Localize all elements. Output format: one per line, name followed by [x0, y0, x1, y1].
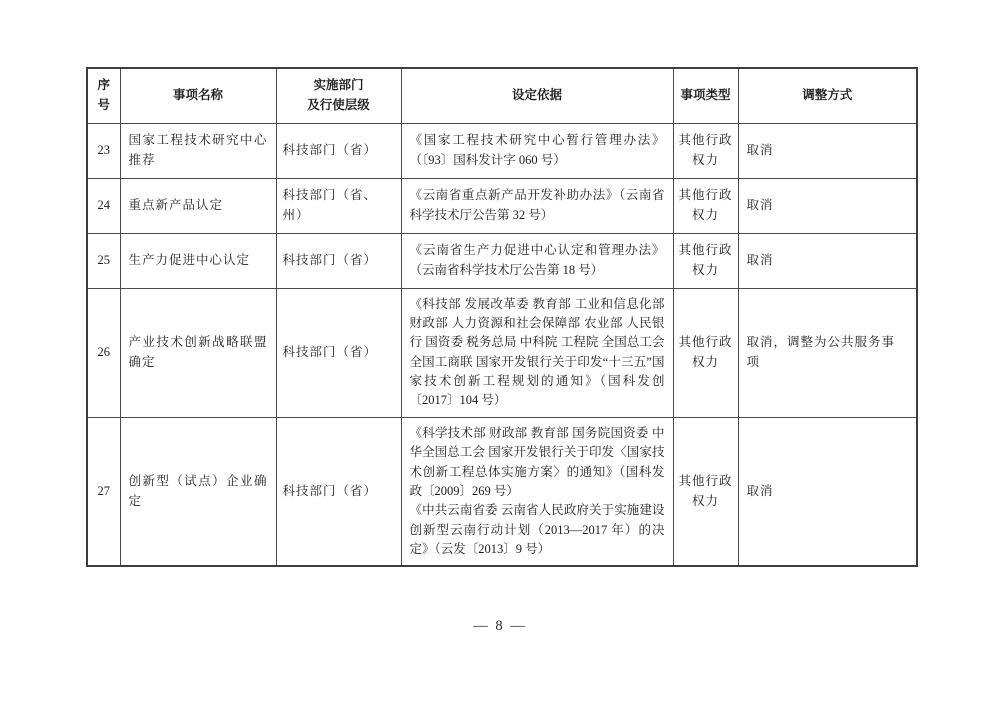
basis-cell: 《科学技术部 财政部 教育部 国务院国资委 中华全国总工会 国家开发银行关于印发…: [401, 417, 673, 566]
table-row: 26 产业技术创新战略联盟确定 科技部门（省） 《科技部 发展改革委 教育部 工…: [87, 288, 917, 417]
item-type-cell: 其他行政权力: [673, 233, 738, 288]
basis-cell: 《云南省重点新产品开发补助办法》（云南省科学技术厅公告第 32 号）: [401, 178, 673, 233]
basis-text: 《中共云南省委 云南省人民政府关于实施建设创新型云南行动计划（2013—2017…: [410, 501, 665, 559]
row-number-cell: 24: [87, 178, 120, 233]
adjust-method-cell: 取消: [738, 233, 917, 288]
basis-text: 《科技部 发展改革委 教育部 工业和信息化部 财政部 人力资源和社会保障部 农业…: [410, 295, 665, 411]
item-name-cell: 产业技术创新战略联盟确定: [120, 288, 276, 417]
item-type-cell: 其他行政权力: [673, 123, 738, 178]
department-cell: 科技部门（省）: [276, 233, 401, 288]
adjust-method-cell: 取消: [738, 178, 917, 233]
basis-text: 《科学技术部 财政部 教育部 国务院国资委 中华全国总工会 国家开发银行关于印发…: [410, 424, 665, 502]
department-cell: 科技部门（省）: [276, 417, 401, 566]
adjust-method-cell: 取消: [738, 123, 917, 178]
header-adjust-method: 调整方式: [738, 68, 917, 123]
item-type-cell: 其他行政权力: [673, 288, 738, 417]
basis-text: 《国家工程技术研究中心暂行管理办法》（〔93〕国科发计字 060 号）: [410, 131, 665, 170]
header-basis: 设定依据: [401, 68, 673, 123]
basis-cell: 《科技部 发展改革委 教育部 工业和信息化部 财政部 人力资源和社会保障部 农业…: [401, 288, 673, 417]
table-row: 23 国家工程技术研究中心推荐 科技部门（省） 《国家工程技术研究中心暂行管理办…: [87, 123, 917, 178]
table-row: 25 生产力促进中心认定 科技部门（省） 《云南省生产力促进中心认定和管理办法》…: [87, 233, 917, 288]
item-name-cell: 国家工程技术研究中心推荐: [120, 123, 276, 178]
item-name-cell: 重点新产品认定: [120, 178, 276, 233]
row-number-cell: 23: [87, 123, 120, 178]
basis-text: 《云南省生产力促进中心认定和管理办法》（云南省科学技术厅公告第 18 号）: [410, 241, 665, 280]
department-cell: 科技部门（省）: [276, 123, 401, 178]
row-number-cell: 27: [87, 417, 120, 566]
department-cell: 科技部门（省）: [276, 288, 401, 417]
header-number-line2: 号: [90, 96, 118, 115]
table-row: 24 重点新产品认定 科技部门（省、州） 《云南省重点新产品开发补助办法》（云南…: [87, 178, 917, 233]
document-page: 序 号 事项名称 实施部门 及行使层级 设定依据 事项类型 调整方式 23 国家…: [0, 0, 1000, 707]
basis-cell: 《云南省生产力促进中心认定和管理办法》（云南省科学技术厅公告第 18 号）: [401, 233, 673, 288]
header-number: 序 号: [87, 68, 120, 123]
row-number-cell: 26: [87, 288, 120, 417]
item-name-cell: 生产力促进中心认定: [120, 233, 276, 288]
table-row: 27 创新型（试点）企业确定 科技部门（省） 《科学技术部 财政部 教育部 国务…: [87, 417, 917, 566]
header-department-line1: 实施部门: [279, 76, 399, 95]
basis-text: 《云南省重点新产品开发补助办法》（云南省科学技术厅公告第 32 号）: [410, 186, 665, 225]
basis-cell: 《国家工程技术研究中心暂行管理办法》（〔93〕国科发计字 060 号）: [401, 123, 673, 178]
item-type-cell: 其他行政权力: [673, 178, 738, 233]
items-table: 序 号 事项名称 实施部门 及行使层级 设定依据 事项类型 调整方式 23 国家…: [86, 67, 918, 567]
page-number: — 8 —: [0, 618, 1000, 635]
row-number-cell: 25: [87, 233, 120, 288]
header-item-type: 事项类型: [673, 68, 738, 123]
adjust-method-cell: 取消，调整为公共服务事项: [738, 288, 917, 417]
adjust-method-cell: 取消: [738, 417, 917, 566]
header-item-name: 事项名称: [120, 68, 276, 123]
table-header-row: 序 号 事项名称 实施部门 及行使层级 设定依据 事项类型 调整方式: [87, 68, 917, 123]
department-cell: 科技部门（省、州）: [276, 178, 401, 233]
header-department: 实施部门 及行使层级: [276, 68, 401, 123]
item-name-cell: 创新型（试点）企业确定: [120, 417, 276, 566]
header-number-line1: 序: [90, 76, 118, 95]
header-department-line2: 及行使层级: [279, 96, 399, 115]
item-type-cell: 其他行政权力: [673, 417, 738, 566]
